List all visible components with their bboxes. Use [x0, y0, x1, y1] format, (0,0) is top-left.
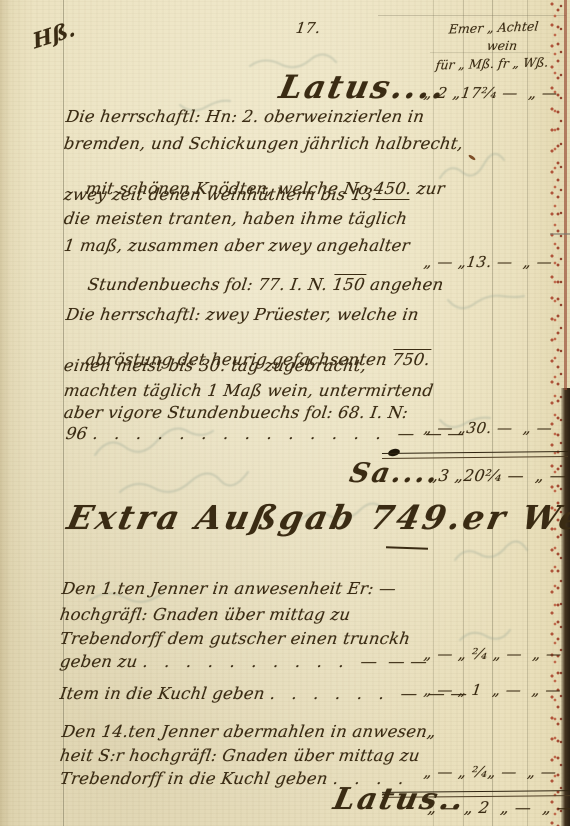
- entry-line: die meisten tranten, haben ihme täglich: [63, 209, 409, 228]
- entry-line: 1 maß, zusammen aber zwey angehalter: [63, 236, 411, 255]
- entry-line: aber vigore Stundenbuechs fol: 68. I. N:: [63, 403, 410, 422]
- page-edge-line: [550, 233, 570, 235]
- amount-column-rule: [527, 0, 528, 826]
- entry-line: machten täglich 1 Maß wein, untermirtend: [63, 381, 435, 400]
- entry-line-text: angehen: [364, 275, 445, 294]
- column-header-unit: wein: [486, 38, 518, 53]
- entry-line: Den 14.ten Jenner abermahlen in anwesen„: [61, 722, 438, 741]
- latus-bottom-amount: „ — „ 2 „ — „ —: [427, 798, 570, 817]
- manuscript-page: Hß. 17. Emer „ Achtel wein für „ Mß. fr …: [0, 0, 570, 826]
- overlined-number: 150: [331, 274, 366, 294]
- title-flourish-line: [386, 546, 428, 549]
- ink-fleck: [468, 154, 476, 161]
- folio-number: 17.: [295, 19, 322, 37]
- entry-line-text: Stundenbuechs fol: 77. I. N.: [86, 275, 334, 294]
- header-pencil-line: [378, 15, 566, 16]
- entry-amount: „ — „ 1 „ — „ —: [423, 681, 563, 699]
- entry-line: Den 1.ten Jenner in anwesenheit Er: —: [61, 579, 398, 598]
- entry-line: 96 . . . . . . . . . . . . . . — — —: [65, 424, 466, 443]
- entry-line: bremden, und Schickungen jährlich halbre…: [63, 134, 465, 153]
- amount-column-rule: [492, 0, 493, 826]
- entry-line: heit S:r hochgräfl: Gnaden über mittag z…: [59, 746, 421, 765]
- extra-section-title: Extra Außgab 749.er Wein: [64, 498, 570, 537]
- entry-amount: „ — „30. — „ —: [423, 419, 554, 437]
- entry-amount: „ — „ ²⁄₄„ — „ —: [423, 763, 558, 781]
- entry-line-text: zur: [410, 179, 446, 198]
- entry-line: geben zu . . . . . . . . . . — — —: [59, 652, 429, 671]
- summa-amount: „3 „20²⁄₄ — „ —: [429, 466, 568, 485]
- entry-line: Item in die Kuchl geben . . . . . . — — …: [59, 684, 469, 703]
- book-edge-line: [564, 0, 567, 390]
- overlined-number: 750.: [391, 349, 431, 369]
- entry-line: Trebendorff dem gutscher einen trunckh: [59, 629, 412, 648]
- entry-line: zwey zeit denen weinhüthern bis 13.: [63, 185, 380, 204]
- entry-amount: „ — „13. — „ —: [423, 253, 554, 271]
- entry-line: hochgräfl: Gnaden über mittag zu: [59, 605, 352, 624]
- latus-top-amount: „ 2 „17²⁄₄ — „ —: [423, 84, 559, 102]
- column-header-measure: Emer „ Achtel: [448, 18, 539, 36]
- column-header-currency: für „ Mß. fr „ Wß.: [435, 55, 549, 73]
- entry-line: Die herrschaftl: Hn: 2. oberweinzierlen …: [65, 107, 426, 126]
- entry-amount: „ — „ ²⁄₄ „ — „ —: [423, 645, 563, 663]
- entry-line: einen meist bis 30. tag zugebracht,: [63, 356, 368, 375]
- owner-corner-mark: Hß.: [30, 15, 77, 53]
- entry-line: Die herrschaftl: zwey Prüester, welche i…: [65, 305, 420, 324]
